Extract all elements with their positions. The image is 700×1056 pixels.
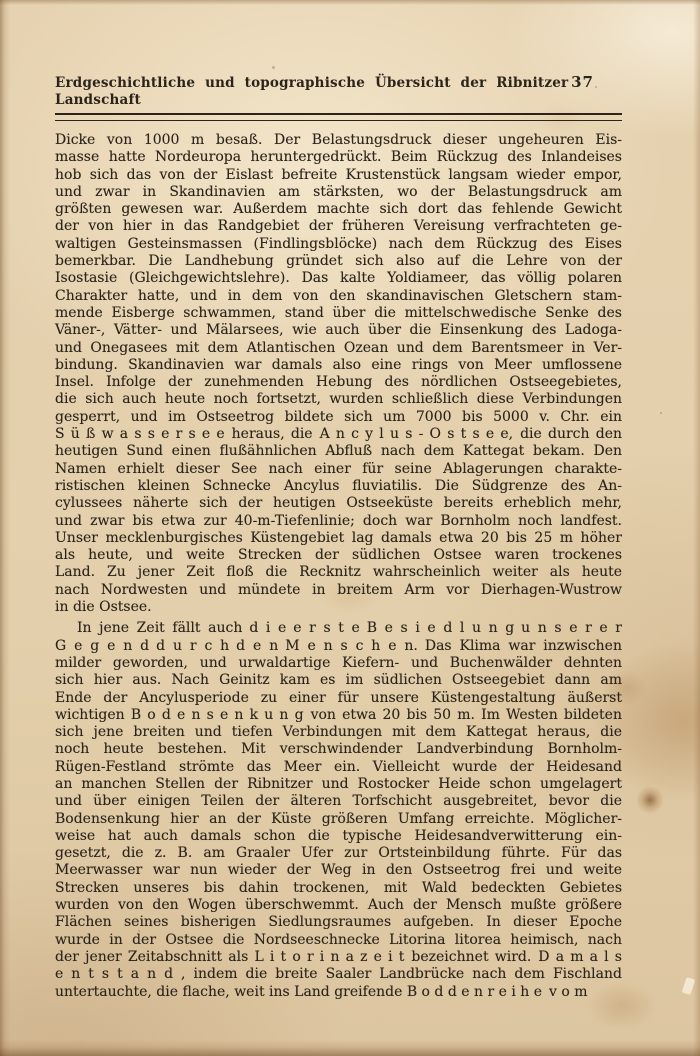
- text-line: als heute, und weite Strecken der südlic…: [55, 547, 622, 564]
- body-text: Dicke von 1000 m besaß. Der Belastungsdr…: [55, 132, 622, 1001]
- page-content: Erdgeschichtliche und topographische Übe…: [55, 74, 622, 1001]
- text-line: und Onegasees mit dem Atlantischen Ozean…: [55, 340, 622, 357]
- text-line: heutigen Sund einen flußähnlichen Abfluß…: [55, 443, 622, 460]
- text-line: der jener Zeitabschnitt als L i t o r i …: [55, 949, 622, 966]
- text-line: der von hier in das Randgebiet der frühe…: [55, 218, 622, 235]
- text-line: Ende der Ancylusperiode zu einer für uns…: [55, 690, 622, 707]
- text-line: e n t s t a n d , indem die breite Saale…: [55, 966, 622, 983]
- text-line: weise hat auch damals schon die typische…: [55, 828, 622, 845]
- text-line: masse hatte Nordeuropa heruntergedrückt.…: [55, 149, 622, 166]
- text-line: untertauchte, die flache, weit ins Land …: [55, 984, 622, 1001]
- text-line: ristischen kleinen Schnecke Ancylus fluv…: [55, 478, 622, 495]
- text-line: bindung. Skandinavien war damals also ei…: [55, 357, 622, 374]
- stain: [660, 412, 662, 414]
- page-edge-bottom: [0, 1040, 700, 1056]
- header-rule-thick: [55, 113, 622, 115]
- text-line: noch heute bestehen. Mit verschwindender…: [55, 741, 622, 758]
- stain: [272, 66, 275, 69]
- text-line: Dicke von 1000 m besaß. Der Belastungsdr…: [55, 132, 622, 149]
- text-line: wurden von den Wogen überschwemmt. Auch …: [55, 897, 622, 914]
- text-line: die sich auch heute noch fortsetzt, wurd…: [55, 391, 622, 408]
- text-line: milder geworden, und urwaldartige Kiefer…: [55, 655, 622, 672]
- text-line: bemerkbar. Die Landhebung gründet sich a…: [55, 253, 622, 270]
- text-line: größten gewesen war. Außerdem machte sic…: [55, 201, 622, 218]
- paragraph-2: In jene Zeit fällt auch d i e e r s t e …: [55, 620, 622, 1001]
- page-edge-left: [0, 0, 10, 1056]
- text-line: und zwar bis etwa zur 40-m-Tiefenlinie; …: [55, 513, 622, 530]
- text-line: waltigen Gesteinsmassen (Findlingsblöcke…: [55, 236, 622, 253]
- page-number: 37: [571, 74, 594, 91]
- book-page: Erdgeschichtliche und topographische Übe…: [0, 0, 700, 1056]
- text-line: gesetzt, die z. B. am Graaler Ufer zur O…: [55, 845, 622, 862]
- text-line: gesperrt, und im Ostseetrog bildete sich…: [55, 409, 622, 426]
- text-line: cylussees näherte sich der heutigen Osts…: [55, 495, 622, 512]
- text-line: hob sich das von der Eislast befreite Kr…: [55, 167, 622, 184]
- text-line: Bodensenkung hier an der Küste größeren …: [55, 811, 622, 828]
- paragraph-1: Dicke von 1000 m besaß. Der Belastungsdr…: [55, 132, 622, 616]
- running-header: Erdgeschichtliche und topographische Übe…: [55, 74, 622, 109]
- text-line: G e g e n d d u r c h d e n M e n s c h …: [55, 638, 622, 655]
- text-line: Väner-, Vätter- und Mälarsees, wie auch …: [55, 322, 622, 339]
- text-line: in die Ostsee.: [55, 599, 622, 616]
- text-line: wurde in der Ostsee die Nordseeschnecke …: [55, 932, 622, 949]
- text-line: Insel. Infolge der zunehmenden Hebung de…: [55, 374, 622, 391]
- text-line: Flächen seines bisherigen Siedlungsraume…: [55, 914, 622, 931]
- text-line: sich hier aus. Nach Geinitz kam es im sü…: [55, 672, 622, 689]
- text-line: und zwar in Skandinavien am stärksten, w…: [55, 184, 622, 201]
- text-line: S ü ß w a s s e r s e e heraus, die A n …: [55, 426, 622, 443]
- text-line: In jene Zeit fällt auch d i e e r s t e …: [55, 620, 622, 637]
- text-line: wichtigen B o d e n s e n k u n g von et…: [55, 707, 622, 724]
- text-line: nach Nordwesten und mündete in breitem A…: [55, 582, 622, 599]
- text-line: und über einigen Teilen der älteren Torf…: [55, 793, 622, 810]
- page-edge-right: [693, 0, 700, 1056]
- paper-nick: [682, 977, 696, 995]
- page-edge-top: [0, 0, 700, 5]
- text-line: sich jene breiten und tiefen Verbindunge…: [55, 724, 622, 741]
- text-line: Land. Zu jener Zeit floß die Recknitz wa…: [55, 564, 622, 581]
- text-line: Namen erhielt dieser See nach einer für …: [55, 461, 622, 478]
- text-line: mende Eisberge schwammen, stand über die…: [55, 305, 622, 322]
- header-rule-thin: [55, 120, 622, 121]
- text-line: an manchen Stellen der Ribnitzer und Ros…: [55, 776, 622, 793]
- text-line: Unser mecklenburgisches Küstengebiet lag…: [55, 530, 622, 547]
- text-line: Strecken unseres bis dahin trockenen, mi…: [55, 880, 622, 897]
- text-line: Meerwasser war nun wieder der Weg in den…: [55, 862, 622, 879]
- running-header-title: Erdgeschichtliche und topographische Übe…: [55, 75, 571, 109]
- text-line: Isostasie (Gleichgewichtslehre). Das kal…: [55, 270, 622, 287]
- text-line: Charakter hatte, und in dem von den skan…: [55, 288, 622, 305]
- text-line: Rügen-Festland strömte das Meer ein. Vie…: [55, 759, 622, 776]
